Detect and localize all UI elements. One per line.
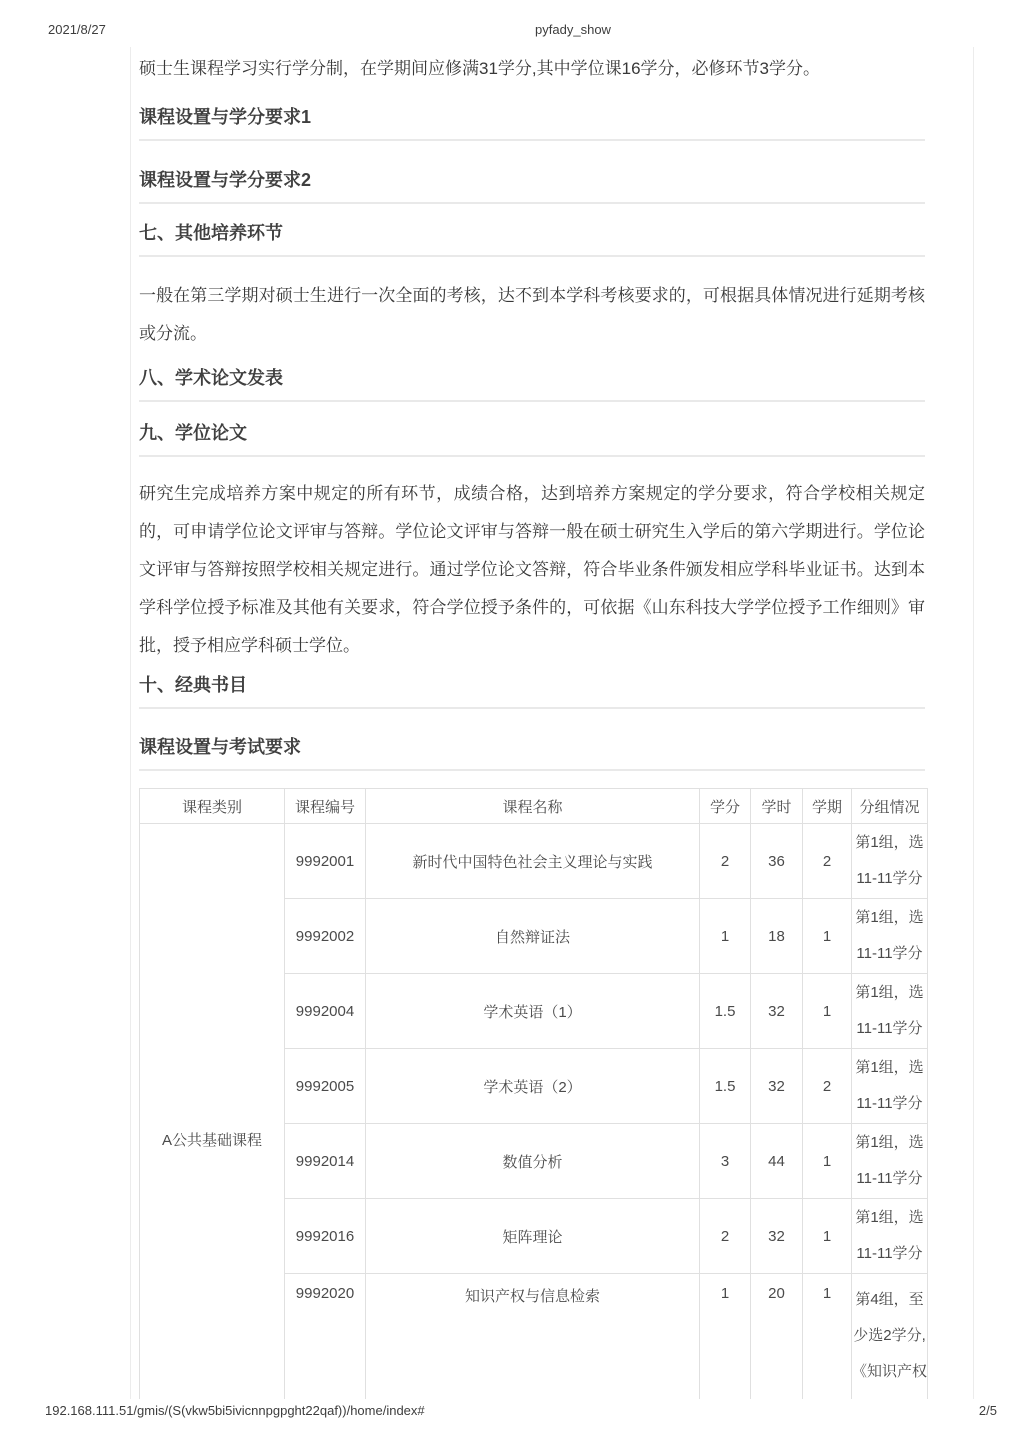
course-credits: 2 [700,824,751,899]
course-table-header-row: 课程类别 课程编号 课程名称 学分 学时 学期 分组情况 [140,789,928,824]
print-footer-url: 192.168.111.51/gmis/(S(vkw5bi5ivicnnpgpg… [45,1403,425,1418]
col-header-name: 课程名称 [366,789,700,824]
course-semester: 1 [803,1274,852,1400]
course-name: 知识产权与信息检索 [366,1274,700,1400]
course-code: 9992004 [285,974,366,1049]
col-header-code: 课程编号 [285,789,366,824]
course-credits: 2 [700,1199,751,1274]
course-hours: 20 [751,1274,803,1400]
other-training-paragraph: 一般在第三学期对硕士生进行一次全面的考核，达不到本学科考核要求的，可根据具体情况… [139,277,925,353]
course-hours: 32 [751,974,803,1049]
course-code: 9992016 [285,1199,366,1274]
section-heading-credit-req-1: 课程设置与学分要求1 [139,107,925,141]
course-semester: 2 [803,824,852,899]
section-heading-other-training: 七、其他培养环节 [139,223,925,257]
course-semester: 1 [803,899,852,974]
course-hours: 36 [751,824,803,899]
course-credits: 1 [700,899,751,974]
course-code: 9992002 [285,899,366,974]
course-name: 学术英语（2） [366,1049,700,1124]
course-code: 9992005 [285,1049,366,1124]
course-hours: 44 [751,1124,803,1199]
course-name: 学术英语（1） [366,974,700,1049]
table-row: A公共基础课程 9992001 新时代中国特色社会主义理论与实践 2 36 2 … [140,824,928,899]
course-code: 9992020 [285,1274,366,1400]
course-group: 第1组，选 11-11学分 [852,1124,928,1199]
course-credits: 1.5 [700,974,751,1049]
course-hours: 32 [751,1049,803,1124]
course-name: 矩阵理论 [366,1199,700,1274]
section-heading-credit-req-2: 课程设置与学分要求2 [139,170,925,204]
course-credits: 1.5 [700,1049,751,1124]
degree-thesis-paragraph: 研究生完成培养方案中规定的所有环节，成绩合格，达到培养方案规定的学分要求，符合学… [139,475,925,665]
course-credits: 3 [700,1124,751,1199]
col-header-group: 分组情况 [852,789,928,824]
col-header-credits: 学分 [700,789,751,824]
course-name: 数值分析 [366,1124,700,1199]
course-credits: 1 [700,1274,751,1400]
course-group: 第1组，选 11-11学分 [852,1049,928,1124]
course-hours: 18 [751,899,803,974]
section-heading-classic-books: 十、经典书目 [139,675,925,709]
course-semester: 1 [803,974,852,1049]
course-group: 第1组，选 11-11学分 [852,974,928,1049]
course-category-cell: A公共基础课程 [140,824,285,1400]
section-heading-paper-publication: 八、学术论文发表 [139,368,925,402]
course-code: 9992014 [285,1124,366,1199]
course-table: 课程类别 课程编号 课程名称 学分 学时 学期 分组情况 A公共基础课程 999… [139,788,928,1399]
col-header-semester: 学期 [803,789,852,824]
course-semester: 1 [803,1124,852,1199]
content-panel: 硕士生课程学习实行学分制，在学期间应修满31学分,其中学位课16学分，必修环节3… [130,47,974,1399]
course-hours: 32 [751,1199,803,1274]
section-heading-course-exam-req: 课程设置与考试要求 [139,737,925,771]
col-header-hours: 学时 [751,789,803,824]
intro-paragraph: 硕士生课程学习实行学分制，在学期间应修满31学分,其中学位课16学分，必修环节3… [139,50,925,88]
course-group: 第1组，选 11-11学分 [852,899,928,974]
course-semester: 2 [803,1049,852,1124]
print-footer-page-indicator: 2/5 [979,1403,997,1418]
print-header-date: 2021/8/27 [48,22,106,37]
course-code: 9992001 [285,824,366,899]
course-name: 自然辩证法 [366,899,700,974]
col-header-category: 课程类别 [140,789,285,824]
course-group: 第1组，选 11-11学分 [852,1199,928,1274]
course-group: 第4组，至 少选2学分, 《知识产权 [852,1274,928,1400]
print-header-title: pyfady_show [535,22,611,37]
course-semester: 1 [803,1199,852,1274]
course-group: 第1组，选 11-11学分 [852,824,928,899]
section-heading-degree-thesis: 九、学位论文 [139,423,925,457]
course-name: 新时代中国特色社会主义理论与实践 [366,824,700,899]
